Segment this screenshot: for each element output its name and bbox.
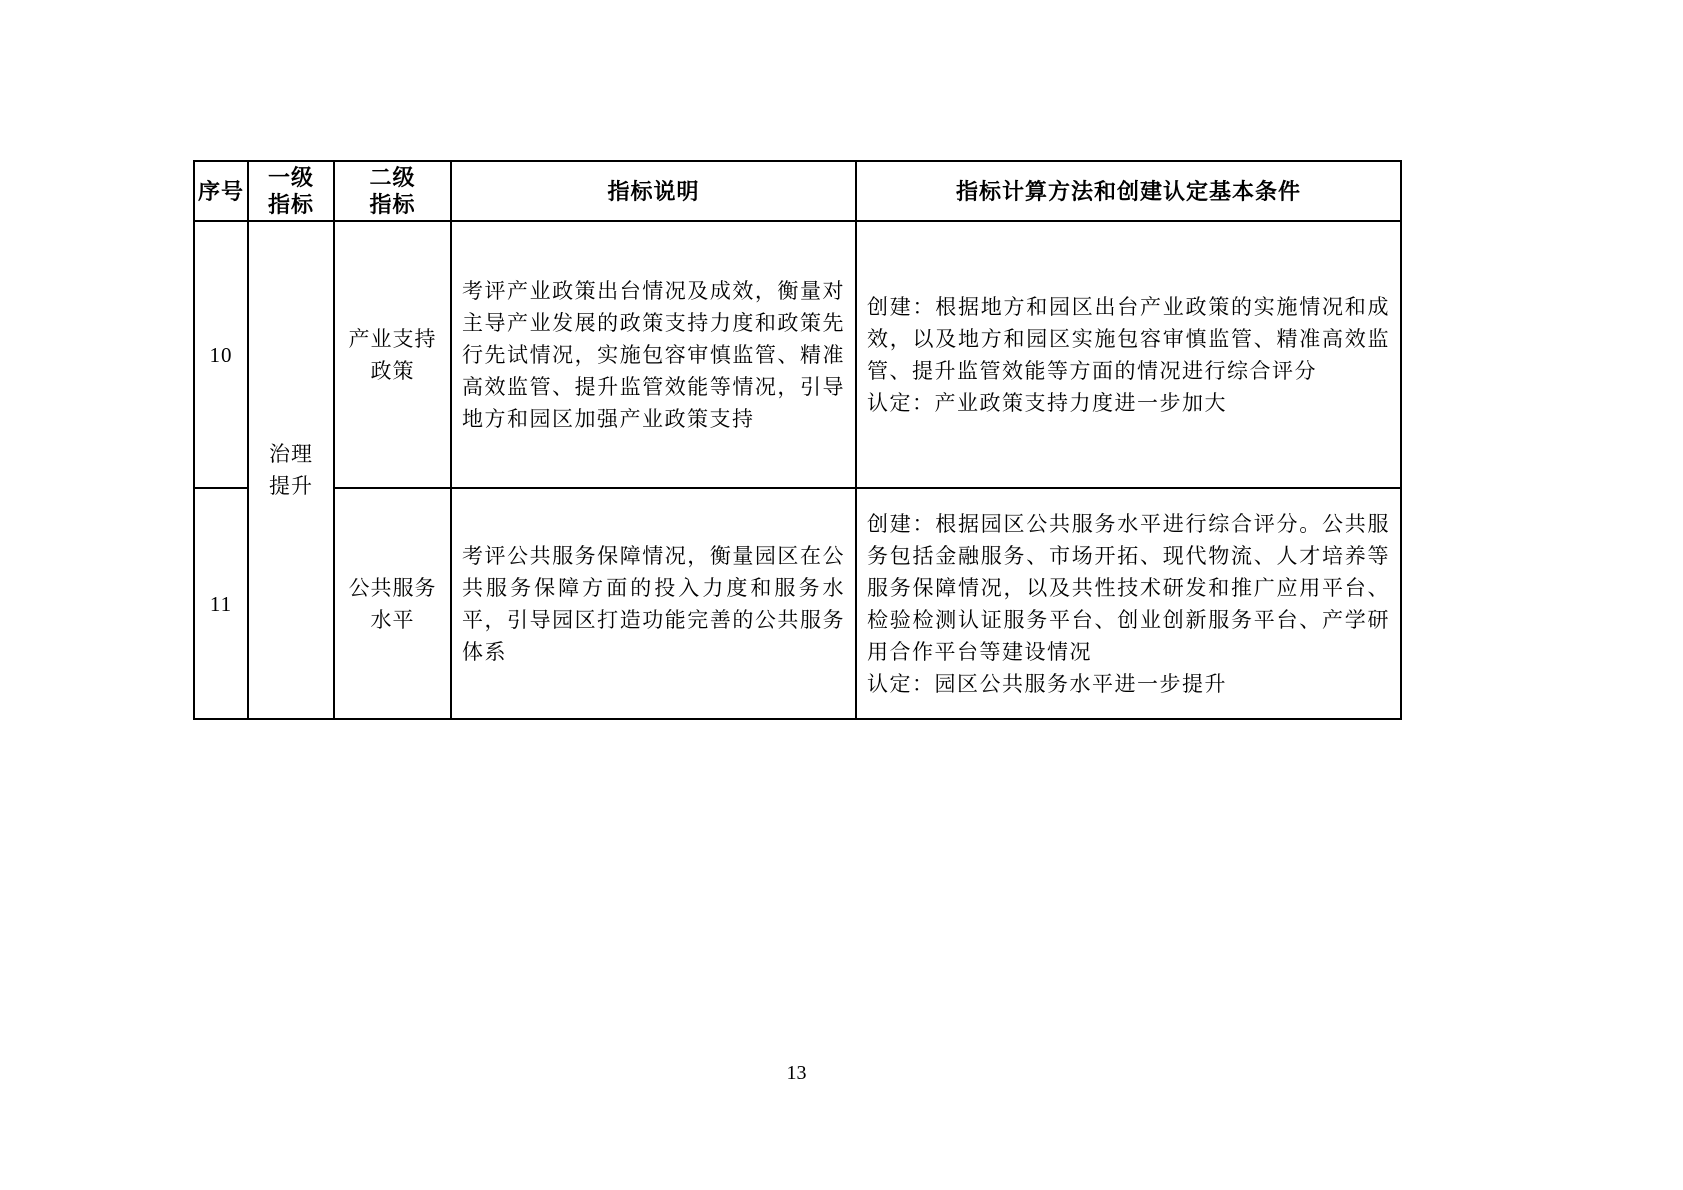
method-confirm-paragraph-11: 认定：园区公共服务水平进一步提升 bbox=[867, 668, 1390, 700]
column-header-serial: 序号 bbox=[194, 161, 248, 221]
description-cell-10: 考评产业政策出台情况及成效，衡量对主导产业发展的政策支持力度和政策先行先试情况，… bbox=[451, 221, 856, 488]
level1-indicator-cell: 治理 提升 bbox=[248, 221, 334, 719]
serial-cell-10: 10 bbox=[194, 221, 248, 488]
column-header-method: 指标计算方法和创建认定基本条件 bbox=[856, 161, 1401, 221]
serial-cell-11: 11 bbox=[194, 488, 248, 719]
method-create-paragraph-10: 创建：根据地方和园区出台产业政策的实施情况和成效，以及地方和园区实施包容审慎监管… bbox=[867, 291, 1390, 387]
level2-indicator-cell-10: 产业支持 政策 bbox=[334, 221, 451, 488]
level2-indicator-cell-11: 公共服务 水平 bbox=[334, 488, 451, 719]
method-create-paragraph-11: 创建：根据园区公共服务水平进行综合评分。公共服务包括金融服务、市场开拓、现代物流… bbox=[867, 508, 1390, 668]
method-cell-10: 创建：根据地方和园区出台产业政策的实施情况和成效，以及地方和园区实施包容审慎监管… bbox=[856, 221, 1401, 488]
column-header-description: 指标说明 bbox=[451, 161, 856, 221]
description-text-10: 考评产业政策出台情况及成效，衡量对主导产业发展的政策支持力度和政策先行先试情况，… bbox=[462, 275, 845, 435]
table-header-row: 序号 一级 指标 二级 指标 指标说明 指标计算方法和创建认定基本条件 bbox=[194, 161, 1401, 221]
page-number: 13 bbox=[193, 1062, 1400, 1085]
method-confirm-paragraph-10: 认定：产业政策支持力度进一步加大 bbox=[867, 387, 1390, 419]
table-row-10: 10 治理 提升 产业支持 政策 考评产业政策出台情况及成效，衡量对主导产业发展… bbox=[194, 221, 1401, 488]
method-cell-11: 创建：根据园区公共服务水平进行综合评分。公共服务包括金融服务、市场开拓、现代物流… bbox=[856, 488, 1401, 719]
description-cell-11: 考评公共服务保障情况，衡量园区在公共服务保障方面的投入力度和服务水平，引导园区打… bbox=[451, 488, 856, 719]
document-page: 序号 一级 指标 二级 指标 指标说明 指标计算方法和创建认定基本条件 10 治… bbox=[0, 0, 1683, 1190]
column-header-level1-indicator: 一级 指标 bbox=[248, 161, 334, 221]
column-header-level2-indicator: 二级 指标 bbox=[334, 161, 451, 221]
description-text-11: 考评公共服务保障情况，衡量园区在公共服务保障方面的投入力度和服务水平，引导园区打… bbox=[462, 540, 845, 668]
indicator-table: 序号 一级 指标 二级 指标 指标说明 指标计算方法和创建认定基本条件 10 治… bbox=[193, 160, 1402, 720]
table-row-11: 11 公共服务 水平 考评公共服务保障情况，衡量园区在公共服务保障方面的投入力度… bbox=[194, 488, 1401, 719]
